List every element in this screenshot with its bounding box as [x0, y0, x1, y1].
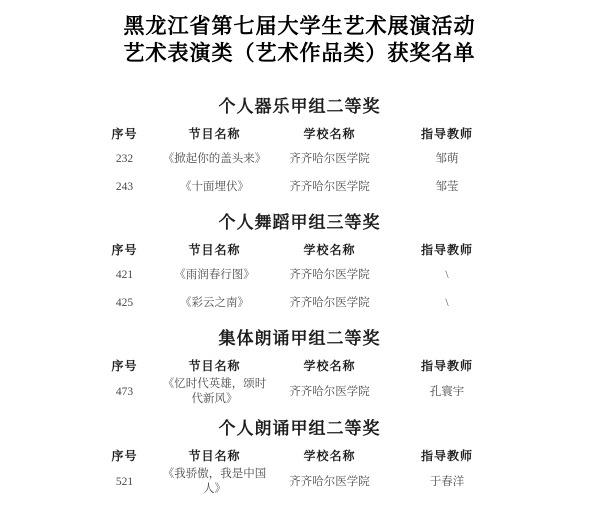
table-header-row: 序号 节目名称 学校名称 指导教师: [92, 121, 507, 145]
award-table-dance: 序号 节目名称 学校名称 指导教师 421 《雨润春行图》 齐齐哈尔医学院 \ …: [92, 237, 507, 317]
col-header-program: 节目名称: [157, 237, 272, 261]
cell-teacher: 孔寰宇: [387, 377, 507, 407]
award-table-individual-recitation: 序号 节目名称 学校名称 指导教师 521 《我骄傲，我是中国人》 齐齐哈尔医学…: [92, 443, 507, 497]
cell-teacher: 于春洋: [387, 467, 507, 497]
section-heading-instrumental: 个人器乐甲组二等奖: [0, 97, 599, 117]
cell-school: 齐齐哈尔医学院: [272, 377, 387, 407]
document-title-line1: 黑龙江省第七届大学生艺术展演活动: [0, 13, 599, 40]
cell-school: 齐齐哈尔医学院: [272, 145, 387, 173]
award-table-group-recitation: 序号 节目名称 学校名称 指导教师 473 《忆时代英雄，颂时代新风》 齐齐哈尔…: [92, 353, 507, 407]
cell-program: 《十面埋伏》: [157, 173, 272, 201]
cell-program: 《彩云之南》: [157, 289, 272, 317]
cell-school: 齐齐哈尔医学院: [272, 289, 387, 317]
cell-teacher: 邹莹: [387, 173, 507, 201]
col-header-school: 学校名称: [272, 443, 387, 467]
col-header-teacher: 指导教师: [387, 121, 507, 145]
table-header-row: 序号 节目名称 学校名称 指导教师: [92, 237, 507, 261]
col-header-program: 节目名称: [157, 353, 272, 377]
col-header-teacher: 指导教师: [387, 237, 507, 261]
table-row: 425 《彩云之南》 齐齐哈尔医学院 \: [92, 289, 507, 317]
cell-no: 421: [92, 261, 157, 289]
cell-program: 《我骄傲，我是中国人》: [157, 467, 272, 497]
cell-no: 521: [92, 467, 157, 497]
cell-program: 《雨润春行图》: [157, 261, 272, 289]
cell-no: 425: [92, 289, 157, 317]
award-table-instrumental: 序号 节目名称 学校名称 指导教师 232 《掀起你的盖头来》 齐齐哈尔医学院 …: [92, 121, 507, 201]
section-heading-individual-recitation: 个人朗诵甲组二等奖: [0, 419, 599, 439]
col-header-school: 学校名称: [272, 121, 387, 145]
col-header-program: 节目名称: [157, 121, 272, 145]
document-page: 黑龙江省第七届大学生艺术展演活动 艺术表演类（艺术作品类）获奖名单 个人器乐甲组…: [0, 0, 599, 516]
table-row: 521 《我骄傲，我是中国人》 齐齐哈尔医学院 于春洋: [92, 467, 507, 497]
cell-teacher: \: [387, 261, 507, 289]
cell-no: 243: [92, 173, 157, 201]
table-row: 232 《掀起你的盖头来》 齐齐哈尔医学院 邹萌: [92, 145, 507, 173]
section-heading-dance: 个人舞蹈甲组三等奖: [0, 213, 599, 233]
col-header-school: 学校名称: [272, 353, 387, 377]
col-header-no: 序号: [92, 443, 157, 467]
table-row: 243 《十面埋伏》 齐齐哈尔医学院 邹莹: [92, 173, 507, 201]
col-header-teacher: 指导教师: [387, 353, 507, 377]
section-heading-group-recitation: 集体朗诵甲组二等奖: [0, 329, 599, 349]
table-row: 473 《忆时代英雄，颂时代新风》 齐齐哈尔医学院 孔寰宇: [92, 377, 507, 407]
table-row: 421 《雨润春行图》 齐齐哈尔医学院 \: [92, 261, 507, 289]
cell-no: 473: [92, 377, 157, 407]
table-header-row: 序号 节目名称 学校名称 指导教师: [92, 353, 507, 377]
cell-school: 齐齐哈尔医学院: [272, 261, 387, 289]
document-title: 黑龙江省第七届大学生艺术展演活动 艺术表演类（艺术作品类）获奖名单: [0, 0, 599, 67]
cell-teacher: \: [387, 289, 507, 317]
col-header-no: 序号: [92, 353, 157, 377]
cell-no: 232: [92, 145, 157, 173]
col-header-school: 学校名称: [272, 237, 387, 261]
col-header-teacher: 指导教师: [387, 443, 507, 467]
table-header-row: 序号 节目名称 学校名称 指导教师: [92, 443, 507, 467]
cell-program: 《掀起你的盖头来》: [157, 145, 272, 173]
cell-teacher: 邹萌: [387, 145, 507, 173]
col-header-no: 序号: [92, 121, 157, 145]
cell-school: 齐齐哈尔医学院: [272, 467, 387, 497]
cell-program: 《忆时代英雄，颂时代新风》: [157, 377, 272, 407]
col-header-no: 序号: [92, 237, 157, 261]
cell-school: 齐齐哈尔医学院: [272, 173, 387, 201]
document-title-line2: 艺术表演类（艺术作品类）获奖名单: [0, 40, 599, 67]
col-header-program: 节目名称: [157, 443, 272, 467]
